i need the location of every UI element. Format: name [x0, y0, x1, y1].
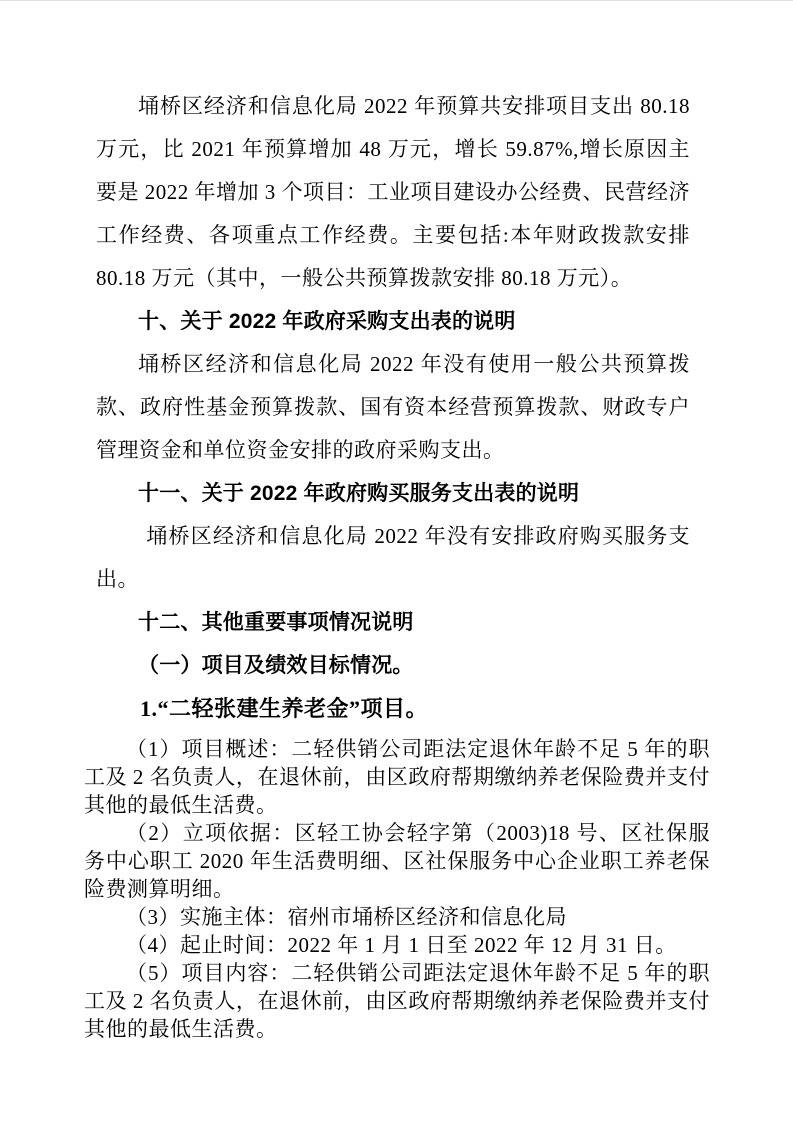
document-body: 埇桥区经济和信息化局 2022 年预算共安排项目支出 80.18 万元，比 20… — [84, 85, 710, 1043]
para-item-1-overview: （1）项目概述：二轻供销公司距法定退休年龄不足 5 年的职工及 2 名负责人，在… — [84, 735, 710, 819]
para-item-5-content: （5）项目内容：二轻供销公司距法定退休年龄不足 5 年的职工及 2 名负责人，在… — [84, 959, 710, 1043]
document-page: 埇桥区经济和信息化局 2022 年预算共安排项目支出 80.18 万元，比 20… — [0, 0, 793, 1123]
para-item-4-duration: （4）起止时间：2022 年 1 月 1 日至 2022 年 12 月 31 日… — [84, 931, 710, 959]
para-purchased-services-statement: 埇桥区经济和信息化局 2022 年没有安排政府购买服务支出。 — [96, 515, 690, 601]
heading-subsection-1-projects-performance: （一）项目及绩效目标情况。 — [96, 644, 690, 687]
heading-section-12-other-matters: 十二、其他重要事项情况说明 — [96, 601, 690, 644]
para-item-3-implementer: （3）实施主体：宿州市埇桥区经济和信息化局 — [84, 903, 710, 931]
section-project-details: （1）项目概述：二轻供销公司距法定退休年龄不足 5 年的职工及 2 名负责人，在… — [84, 735, 710, 1043]
heading-section-11-purchased-services: 十一、关于 2022 年政府购买服务支出表的说明 — [96, 472, 690, 515]
para-item-2-basis: （2）立项依据：区轻工协会轻字第（2003)18 号、区社保服务中心职工 202… — [84, 819, 710, 903]
heading-section-10-gov-procurement: 十、关于 2022 年政府采购支出表的说明 — [96, 300, 690, 343]
heading-project-1-pension: 1.“二轻张建生养老金”项目。 — [96, 687, 690, 730]
section-budget-notes: 埇桥区经济和信息化局 2022 年预算共安排项目支出 80.18 万元，比 20… — [84, 85, 710, 730]
para-gov-procurement-statement: 埇桥区经济和信息化局 2022 年没有使用一般公共预算拨款、政府性基金预算拨款、… — [96, 343, 690, 472]
para-project-expenditure-summary: 埇桥区经济和信息化局 2022 年预算共安排项目支出 80.18 万元，比 20… — [96, 85, 690, 300]
